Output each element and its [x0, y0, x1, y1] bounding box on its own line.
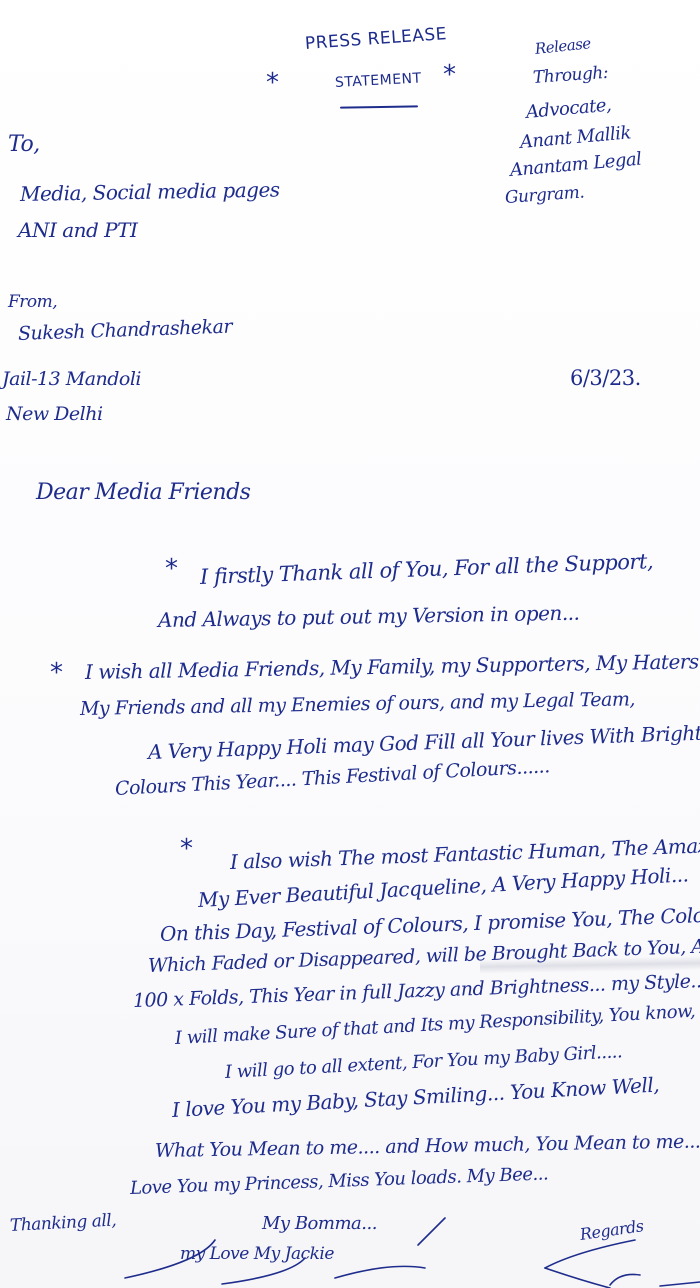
letter-date: 6/3/23. — [570, 366, 641, 390]
greeting: Dear Media Friends — [36, 480, 250, 505]
sender-address-line: Jail-13 Mandoli — [2, 368, 141, 390]
body-line: my Love My Jackie — [180, 1244, 334, 1264]
sender-label: From, — [8, 292, 57, 312]
recipient-label: To, — [8, 132, 40, 157]
asterisk-right: * — [443, 62, 456, 88]
recipient-line: Media, Social media pages — [20, 177, 280, 206]
body-line: My Bomma... — [262, 1213, 377, 1234]
recipient-line: ANI and PTI — [18, 218, 137, 242]
asterisk-left: * — [266, 70, 279, 96]
bullet-asterisk: * — [165, 556, 178, 582]
sender-address-line: New Delhi — [6, 403, 103, 425]
bullet-asterisk: * — [50, 660, 63, 686]
bullet-asterisk: * — [180, 836, 193, 862]
